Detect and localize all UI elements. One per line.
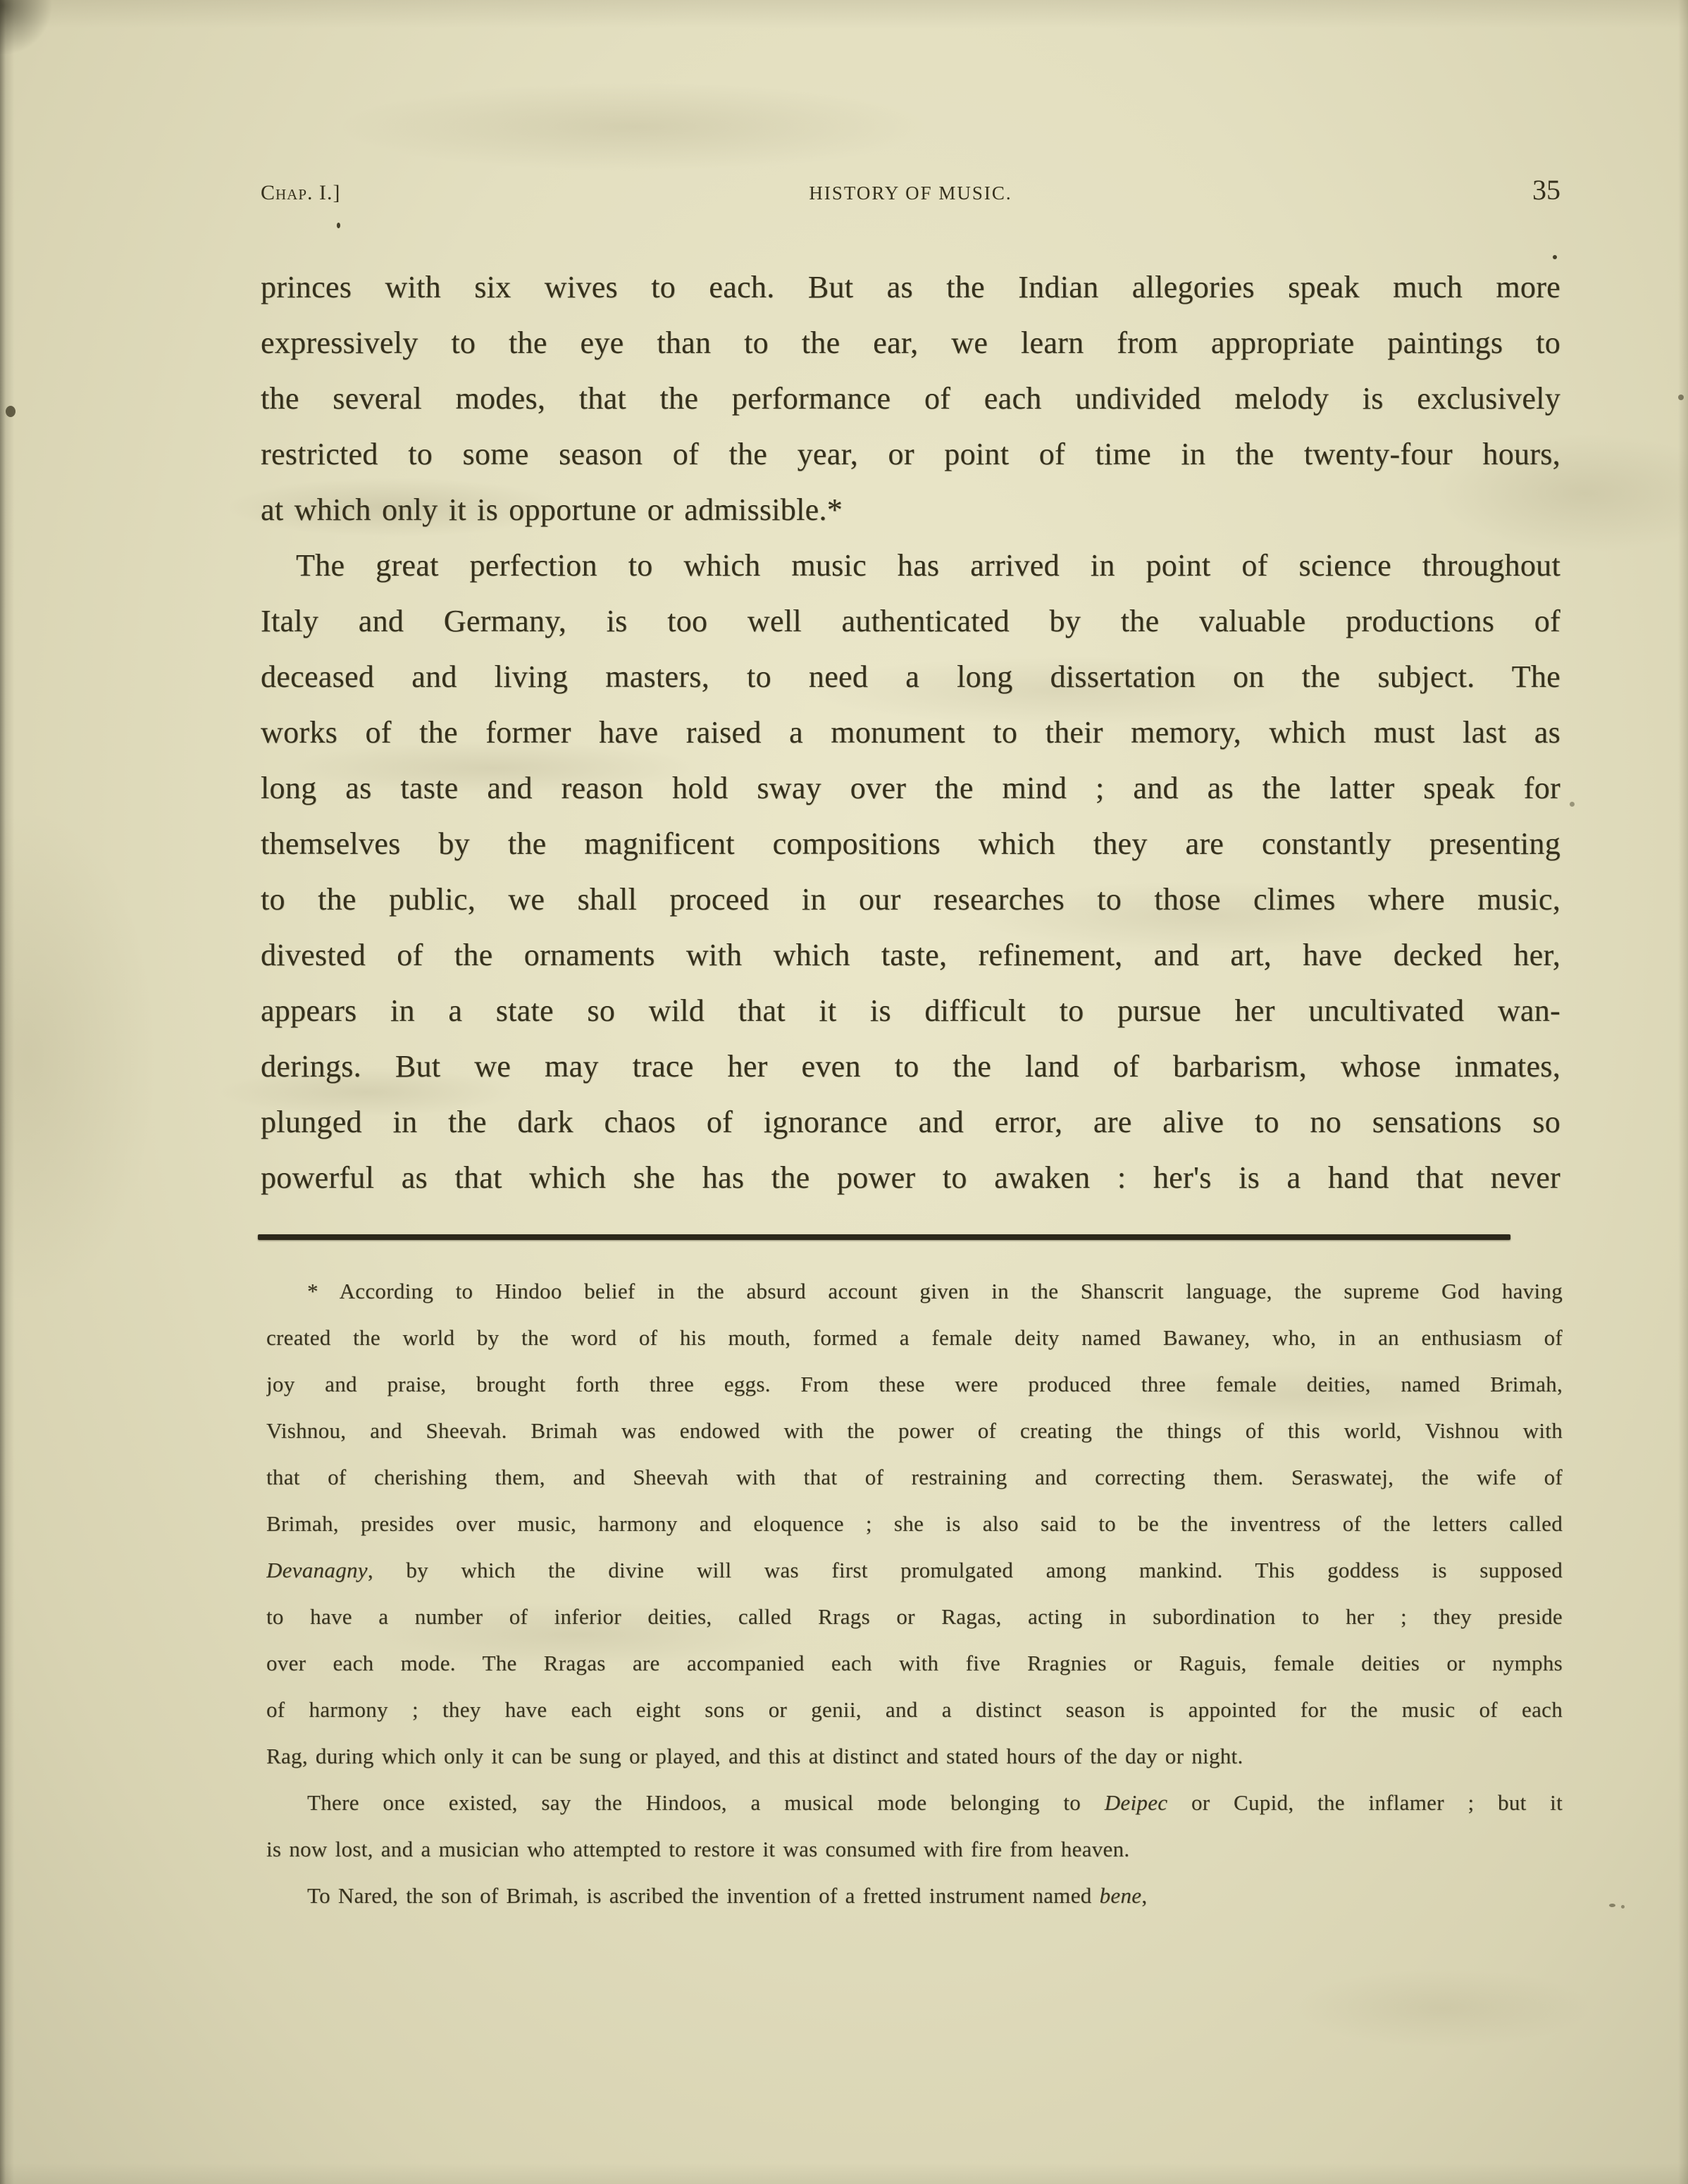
footnote-rule [258, 1234, 1510, 1240]
body-text-line: themselves by the magnificent compositio… [261, 816, 1560, 871]
page-number: 35 [1012, 173, 1560, 206]
ink-speck [337, 223, 340, 228]
ink-speck [1609, 1904, 1615, 1907]
page-title: HISTORY OF MUSIC. [809, 182, 1012, 204]
chapter-label: Chap. I.] [261, 181, 809, 205]
body-text-line: plunged in the dark chaos of ignorance a… [261, 1094, 1560, 1150]
footnote-line: There once existed, say the Hindoos, a m… [266, 1780, 1563, 1826]
body-text-line: the several modes, that the performance … [261, 371, 1560, 426]
footnote-line: joy and praise, brought forth three eggs… [266, 1361, 1563, 1408]
footnote-line: is now lost, and a musician who attempte… [266, 1826, 1563, 1873]
footnote-line: Rag, during which only it can be sung or… [266, 1733, 1563, 1780]
ink-speck [6, 406, 15, 417]
running-head: Chap. I.] HISTORY OF MUSIC. 35 [261, 173, 1560, 206]
body-text-line: divested of the ornaments with which tas… [261, 927, 1560, 983]
body-text-line: The great perfection to which music has … [261, 538, 1560, 593]
body-text-line: princes with six wives to each. But as t… [261, 259, 1560, 315]
footnote-line: Brimah, presides over music, harmony and… [266, 1501, 1563, 1547]
footnote-line: to have a number of inferior deities, ca… [266, 1594, 1563, 1640]
body-text-line: restricted to some season of the year, o… [261, 426, 1560, 482]
body-text-line: derings. But we may trace her even to th… [261, 1038, 1560, 1094]
body-text-line: deceased and living masters, to need a l… [261, 649, 1560, 705]
body-text-line: powerful as that which she has the power… [261, 1150, 1560, 1205]
footnote-line: of harmony ; they have each eight sons o… [266, 1687, 1563, 1733]
footnote: * According to Hindoo belief in the absu… [266, 1268, 1563, 1919]
body-text-line: expressively to the eye than to the ear,… [261, 315, 1560, 371]
book-page: Chap. I.] HISTORY OF MUSIC. 35 princes w… [0, 0, 1688, 2184]
body-text-line: at which only it is opportune or admissi… [261, 482, 1560, 538]
body-text-line: works of the former have raised a monume… [261, 705, 1560, 760]
ink-speck [1621, 1905, 1625, 1909]
main-text: princes with six wives to each. But as t… [261, 259, 1560, 1205]
ink-speck [1570, 802, 1575, 807]
body-text-line: Italy and Germany, is too well authentic… [261, 593, 1560, 649]
footnote-line: Devanagny, by which the divine will was … [266, 1547, 1563, 1594]
ink-speck [1678, 395, 1684, 400]
footnote-line: that of cherishing them, and Sheevah wit… [266, 1454, 1563, 1501]
footnote-line: over each mode. The Rragas are accompani… [266, 1640, 1563, 1687]
footnote-line: * According to Hindoo belief in the absu… [266, 1268, 1563, 1315]
footnote-line: created the world by the word of his mou… [266, 1315, 1563, 1361]
body-text-line: to the public, we shall proceed in our r… [261, 871, 1560, 927]
footnote-line: Vishnou, and Sheevah. Brimah was endowed… [266, 1408, 1563, 1454]
body-text-line: long as taste and reason hold sway over … [261, 760, 1560, 816]
body-text-line: appears in a state so wild that it is di… [261, 983, 1560, 1038]
footnote-line: To Nared, the son of Brimah, is ascribed… [266, 1873, 1563, 1919]
